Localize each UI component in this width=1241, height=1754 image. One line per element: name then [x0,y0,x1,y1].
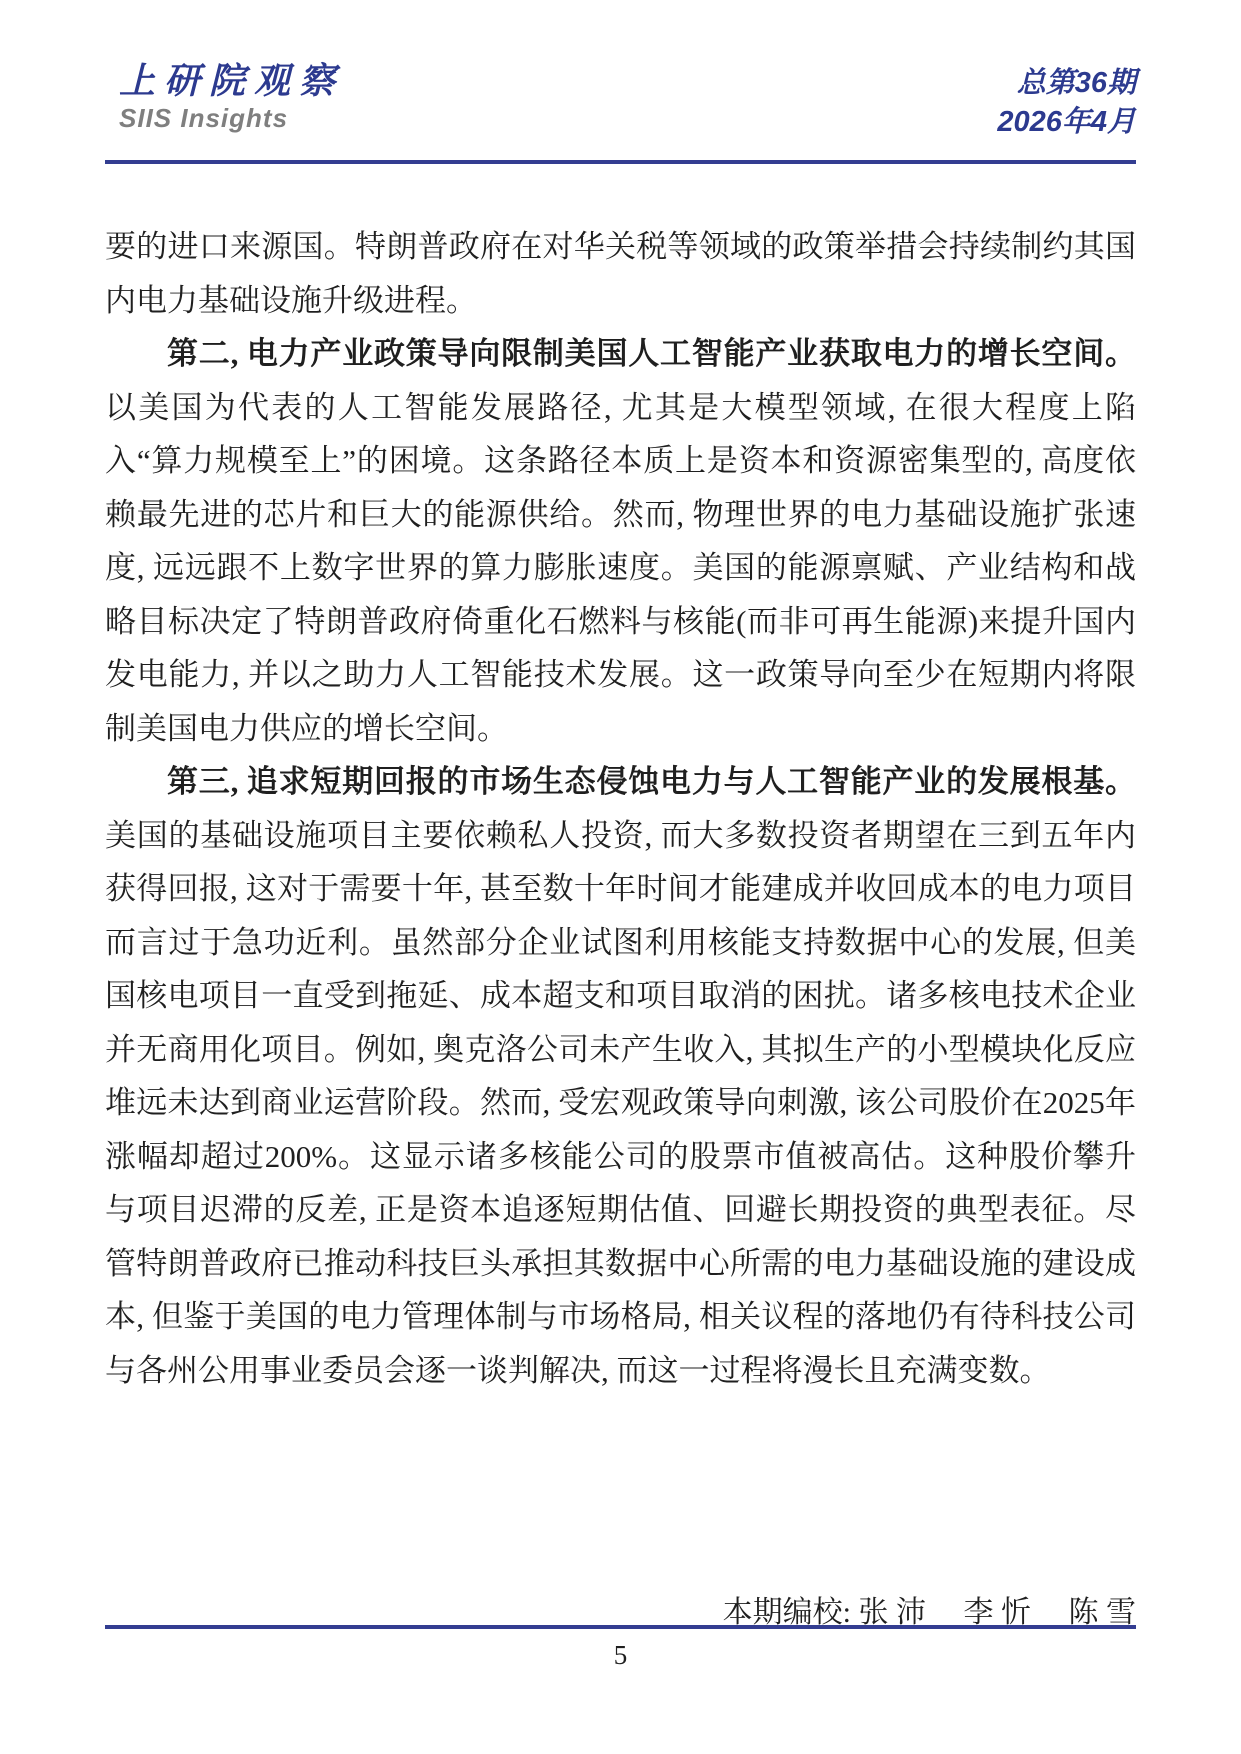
issue-number: 总第36期 [997,64,1136,103]
article-body: 要的进口来源国。特朗普政府在对华关税等领域的政策举措会持续制约其国内电力基础设施… [105,220,1136,1397]
paragraph-text: 以美国为代表的人工智能发展路径, 尤其是大模型领域, 在很大程度上陷入“算力规模… [105,390,1136,746]
paragraph-lead: 第二, 电力产业政策导向限制美国人工智能产业获取电力的增长空间。 [167,336,1136,371]
paragraph-text: 美国的基础设施项目主要依赖私人投资, 而大多数投资者期望在三到五年内获得回报, … [105,818,1136,1388]
paragraph-third-point: 第三, 追求短期回报的市场生态侵蚀电力与人工智能产业的发展根基。美国的基础设施项… [105,755,1136,1397]
paragraph-second-point: 第二, 电力产业政策导向限制美国人工智能产业获取电力的增长空间。以美国为代表的人… [105,327,1136,755]
page-header: 上研院观察 SIIS Insights 总第36期 2026年4月 [105,0,1136,142]
issue-info: 总第36期 2026年4月 [997,60,1136,142]
issue-date: 2026年4月 [997,103,1136,142]
footer-divider-rule [105,1625,1136,1629]
header-divider-rule [105,160,1136,164]
logo-english-title: SIIS Insights [119,102,344,134]
page-number: 5 [0,1640,1241,1671]
paragraph-continuation: 要的进口来源国。特朗普政府在对华关税等领域的政策举措会持续制约其国内电力基础设施… [105,220,1136,327]
document-page: 上研院观察 SIIS Insights 总第36期 2026年4月 要的进口来源… [0,0,1241,1754]
paragraph-text: 要的进口来源国。特朗普政府在对华关税等领域的政策举措会持续制约其国内电力基础设施… [105,229,1136,318]
page-content: 上研院观察 SIIS Insights 总第36期 2026年4月 要的进口来源… [105,0,1136,1633]
paragraph-lead: 第三, 追求短期回报的市场生态侵蚀电力与人工智能产业的发展根基。 [167,764,1136,799]
publication-logo: 上研院观察 SIIS Insights [105,60,344,134]
logo-chinese-title: 上研院观察 [119,60,344,102]
